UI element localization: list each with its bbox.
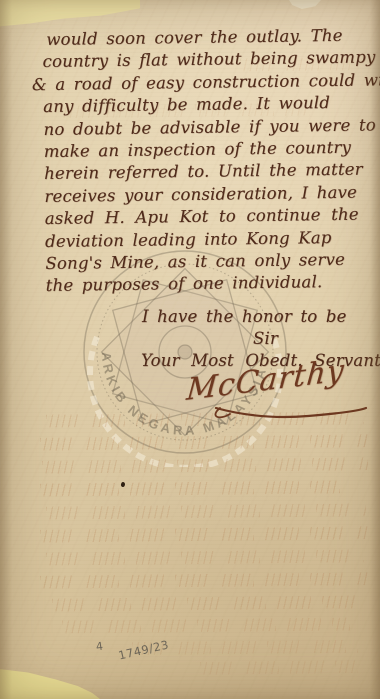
ink-bleedthrough-line	[52, 595, 360, 611]
letter-line: the purposes of one individual.	[2, 271, 380, 299]
document-page: ARKIB NEGARA MALAYSIA would soon cover t…	[0, 0, 380, 699]
closing-line-sir: Sir	[253, 328, 278, 350]
ink-bleedthrough-line	[40, 526, 368, 542]
ink-bleedthrough-line	[62, 617, 350, 633]
ink-bleedthrough-line	[46, 503, 366, 519]
backing-paper-patch-top-left	[0, 0, 140, 30]
pencil-reference-number: 1749/23	[117, 637, 170, 662]
page-edge-shadow-right	[370, 0, 380, 699]
letter-body: would soon cover the outlay. The country…	[0, 24, 380, 298]
closing-line-honor: I have the honor to be	[142, 306, 347, 328]
ink-bleedthrough-line	[40, 434, 368, 450]
paper-tear-notch-top-right	[289, 0, 321, 9]
ink-speck	[120, 481, 125, 487]
ink-bleedthrough-line	[40, 572, 368, 588]
ink-bleedthrough-line	[46, 549, 364, 565]
ink-bleedthrough-line	[40, 480, 340, 496]
ink-bleedthrough-line	[42, 457, 368, 473]
page-edge-shadow-left	[0, 0, 12, 699]
backing-paper-patch-bottom-left	[0, 665, 100, 699]
pencil-page-number: 4	[95, 640, 104, 654]
ink-bleedthrough-line	[46, 411, 364, 427]
ink-bleedthrough-line	[200, 660, 358, 675]
